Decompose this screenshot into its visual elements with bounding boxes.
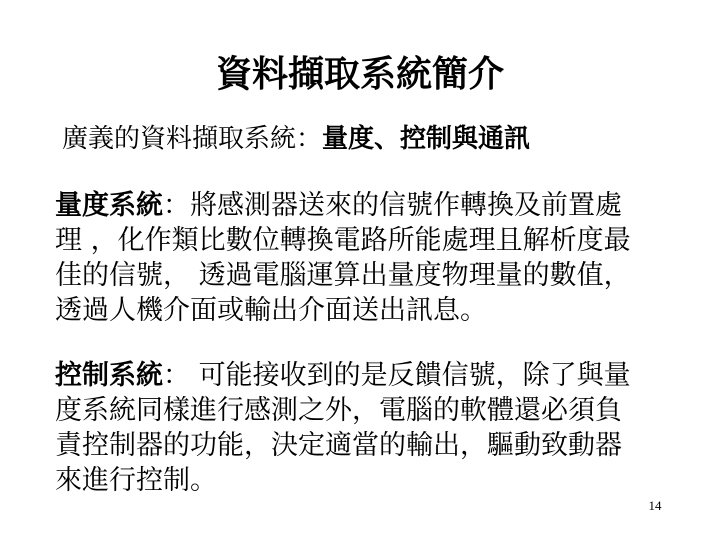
control-system-paragraph: 控制系統： 可能接收到的是反饋信號，除了與量 度系統同樣進行感測之外，電腦的軟體…: [55, 358, 675, 498]
slide-title: 資料擷取系統簡介: [0, 52, 720, 96]
paragraph-text: ：將感測器送來的信號作轉換及前置處: [163, 190, 622, 221]
paragraph-line: 透過人機介面或輸出介面送出訊息。: [55, 293, 675, 328]
paragraph-line: 責控制器的功能，決定適當的輸出，驅動致動器: [55, 428, 675, 463]
paragraph-line: 量度系統：將感測器送來的信號作轉換及前置處: [55, 188, 675, 223]
paragraph-text: ： 可能接收到的是反饋信號，除了與量: [163, 360, 631, 391]
paragraph-heading: 控制系統: [55, 360, 163, 391]
paragraph-line: 理 ，化作類比數位轉換電路所能處理且解析度最: [55, 223, 675, 258]
paragraph-line: 控制系統： 可能接收到的是反饋信號，除了與量: [55, 358, 675, 393]
page-number: 14: [640, 498, 670, 514]
measurement-system-paragraph: 量度系統：將感測器送來的信號作轉換及前置處 理 ，化作類比數位轉換電路所能處理且…: [55, 188, 675, 328]
paragraph-heading: 量度系統: [55, 190, 163, 221]
paragraph-line: 佳的信號， 透過電腦運算出量度物理量的數值，: [55, 258, 675, 293]
subtitle-emphasis: 量度、控制與通訊: [322, 124, 530, 154]
subtitle: 廣義的資料擷取系統：量度、控制與通訊: [62, 122, 530, 156]
paragraph-line: 度系統同樣進行感測之外，電腦的軟體還必須負: [55, 393, 675, 428]
subtitle-prefix: 廣義的資料擷取系統：: [62, 124, 322, 154]
paragraph-line: 來進行控制。: [55, 463, 675, 498]
